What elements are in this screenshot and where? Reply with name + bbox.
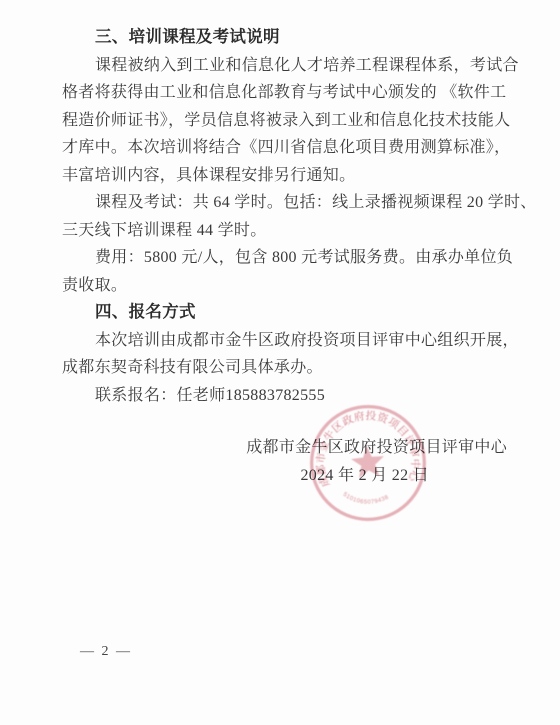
paragraph-line-fee: 费用：5800 元/人，包含 800 元考试服务费。由承办单位负 (62, 244, 509, 272)
paragraph-line-course-hours: 课程及考试：共 64 学时。包括：线上录播视频课程 20 学时、 (62, 189, 509, 217)
signature-organization: 成都市金牛区政府投资项目评审中心 (62, 434, 509, 462)
section-heading-3: 三、培训课程及考试说明 (62, 24, 509, 52)
contact-line: 联系报名：任老师185883782555 (62, 382, 509, 410)
document-body: 三、培训课程及考试说明 课程被纳入到工业和信息化人才培养工程课程体系，考试合 格… (62, 24, 509, 489)
paragraph-line: 课程被纳入到工业和信息化人才培养工程课程体系，考试合 (62, 52, 509, 80)
section-heading-4: 四、报名方式 (62, 299, 509, 327)
paragraph-line: 本次培训由成都市金牛区政府投资项目评审中心组织开展， (62, 327, 509, 355)
paragraph-line: 丰富培训内容，具体课程安排另行通知。 (62, 162, 509, 190)
paragraph-line: 成都东契奇科技有限公司具体承办。 (62, 354, 509, 382)
paragraph-line: 格者将获得由工业和信息化部教育与考试中心颁发的 《软件工 (62, 79, 509, 107)
document-page: 三、培训课程及考试说明 课程被纳入到工业和信息化人才培养工程课程体系，考试合 格… (0, 0, 560, 725)
paragraph-line: 三天线下培训课程 44 学时。 (62, 217, 509, 245)
seal-code: 5101065079438 (341, 488, 390, 508)
page-number: — 2 — (80, 644, 132, 660)
paragraph-line: 程造价师证书》，学员信息将被录入到工业和信息化技术技能人 (62, 107, 509, 135)
paragraph-line: 才库中。本次培训将结合《四川省信息化项目费用测算标准》， (62, 134, 509, 162)
signature-date: 2024 年 2 月 22 日 (62, 462, 509, 490)
paragraph-line: 责收取。 (62, 272, 509, 300)
signature-block: 成都市金牛区政府投资项目评审中心 2024 年 2 月 22 日 (62, 434, 509, 489)
